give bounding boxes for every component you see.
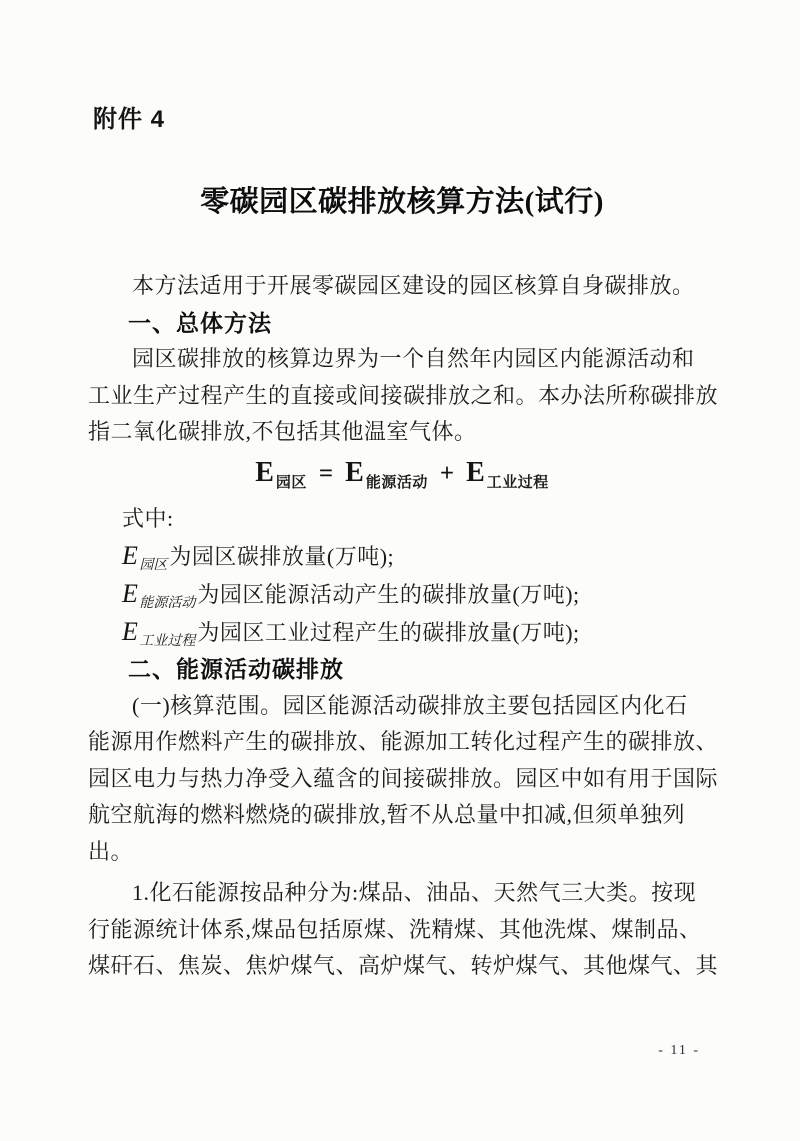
paragraph-line: 园区碳排放的核算边界为一个自然年内园区内能源活动和 (88, 341, 716, 378)
page-number: - 11 - (658, 1043, 700, 1059)
paragraph-line: 航空航海的燃料燃烧的碳排放,暂不从总量中扣减,但须单独列 (88, 797, 716, 834)
definition-line: E能源活动为园区能源活动产生的碳排放量(万吨); (88, 575, 716, 613)
paragraph-line: 1.化石能源按品种分为:煤品、油品、天然气三大类。按现 (88, 875, 716, 912)
section-1-paragraph: 园区碳排放的核算边界为一个自然年内园区内能源活动和 工业生产过程产生的直接或间接… (88, 341, 716, 451)
section-1-heading: 一、总体方法 (88, 305, 716, 342)
paragraph-line: 园区电力与热力净受入蕴含的间接碳排放。园区中如有用于国际 (88, 761, 716, 798)
formula-term-park: E园区 (255, 457, 307, 489)
definition-line: E工业过程为园区工业过程产生的碳排放量(万吨); (88, 613, 716, 651)
paragraph-line: 煤矸石、焦炭、焦炉煤气、高炉煤气、转炉煤气、其他煤气、其 (88, 948, 716, 985)
paragraph-line: 工业生产过程产生的直接或间接碳排放之和。本办法所称碳排放 (88, 378, 716, 415)
definition-line: E园区为园区碳排放量(万吨); (88, 537, 716, 575)
paragraph-line: 出。 (88, 834, 716, 871)
paragraph-line: 指二氧化碳排放,不包括其他温室气体。 (88, 414, 716, 451)
document-title: 零碳园区碳排放核算方法(试行) (88, 182, 716, 222)
equals-sign: = (319, 460, 333, 488)
paragraph-line: 能源用作燃料产生的碳排放、能源加工转化过程产生的碳排放、 (88, 724, 716, 761)
plus-sign: + (440, 460, 454, 488)
formula-term-energy: E能源活动 (345, 457, 428, 489)
definition-text: 为园区工业过程产生的碳排放量(万吨); (197, 620, 579, 645)
formula-definitions: E园区为园区碳排放量(万吨); E能源活动为园区能源活动产生的碳排放量(万吨);… (88, 537, 716, 651)
definition-text: 为园区能源活动产生的碳排放量(万吨); (197, 582, 579, 607)
emission-formula: E园区 = E能源活动 + E工业过程 (88, 451, 716, 501)
where-label: 式中: (88, 501, 716, 538)
section-2-paragraph-1: (一)核算范围。园区能源活动碳排放主要包括园区内化石 能源用作燃料产生的碳排放、… (88, 688, 716, 871)
attachment-label: 附件 4 (93, 104, 716, 136)
section-2-heading: 二、能源活动碳排放 (88, 651, 716, 688)
definition-text: 为园区碳排放量(万吨); (169, 544, 394, 569)
intro-paragraph: 本方法适用于开展零碳园区建设的园区核算自身碳排放。 (88, 268, 716, 305)
paragraph-line: 行能源统计体系,煤品包括原煤、洗精煤、其他洗煤、煤制品、 (88, 912, 716, 949)
formula-term-industry: E工业过程 (466, 457, 549, 489)
paragraph-line: (一)核算范围。园区能源活动碳排放主要包括园区内化石 (88, 688, 716, 725)
section-2-paragraph-2: 1.化石能源按品种分为:煤品、油品、天然气三大类。按现 行能源统计体系,煤品包括… (88, 875, 716, 985)
scanned-document-page: 附件 4 零碳园区碳排放核算方法(试行) 本方法适用于开展零碳园区建设的园区核算… (0, 0, 800, 1141)
